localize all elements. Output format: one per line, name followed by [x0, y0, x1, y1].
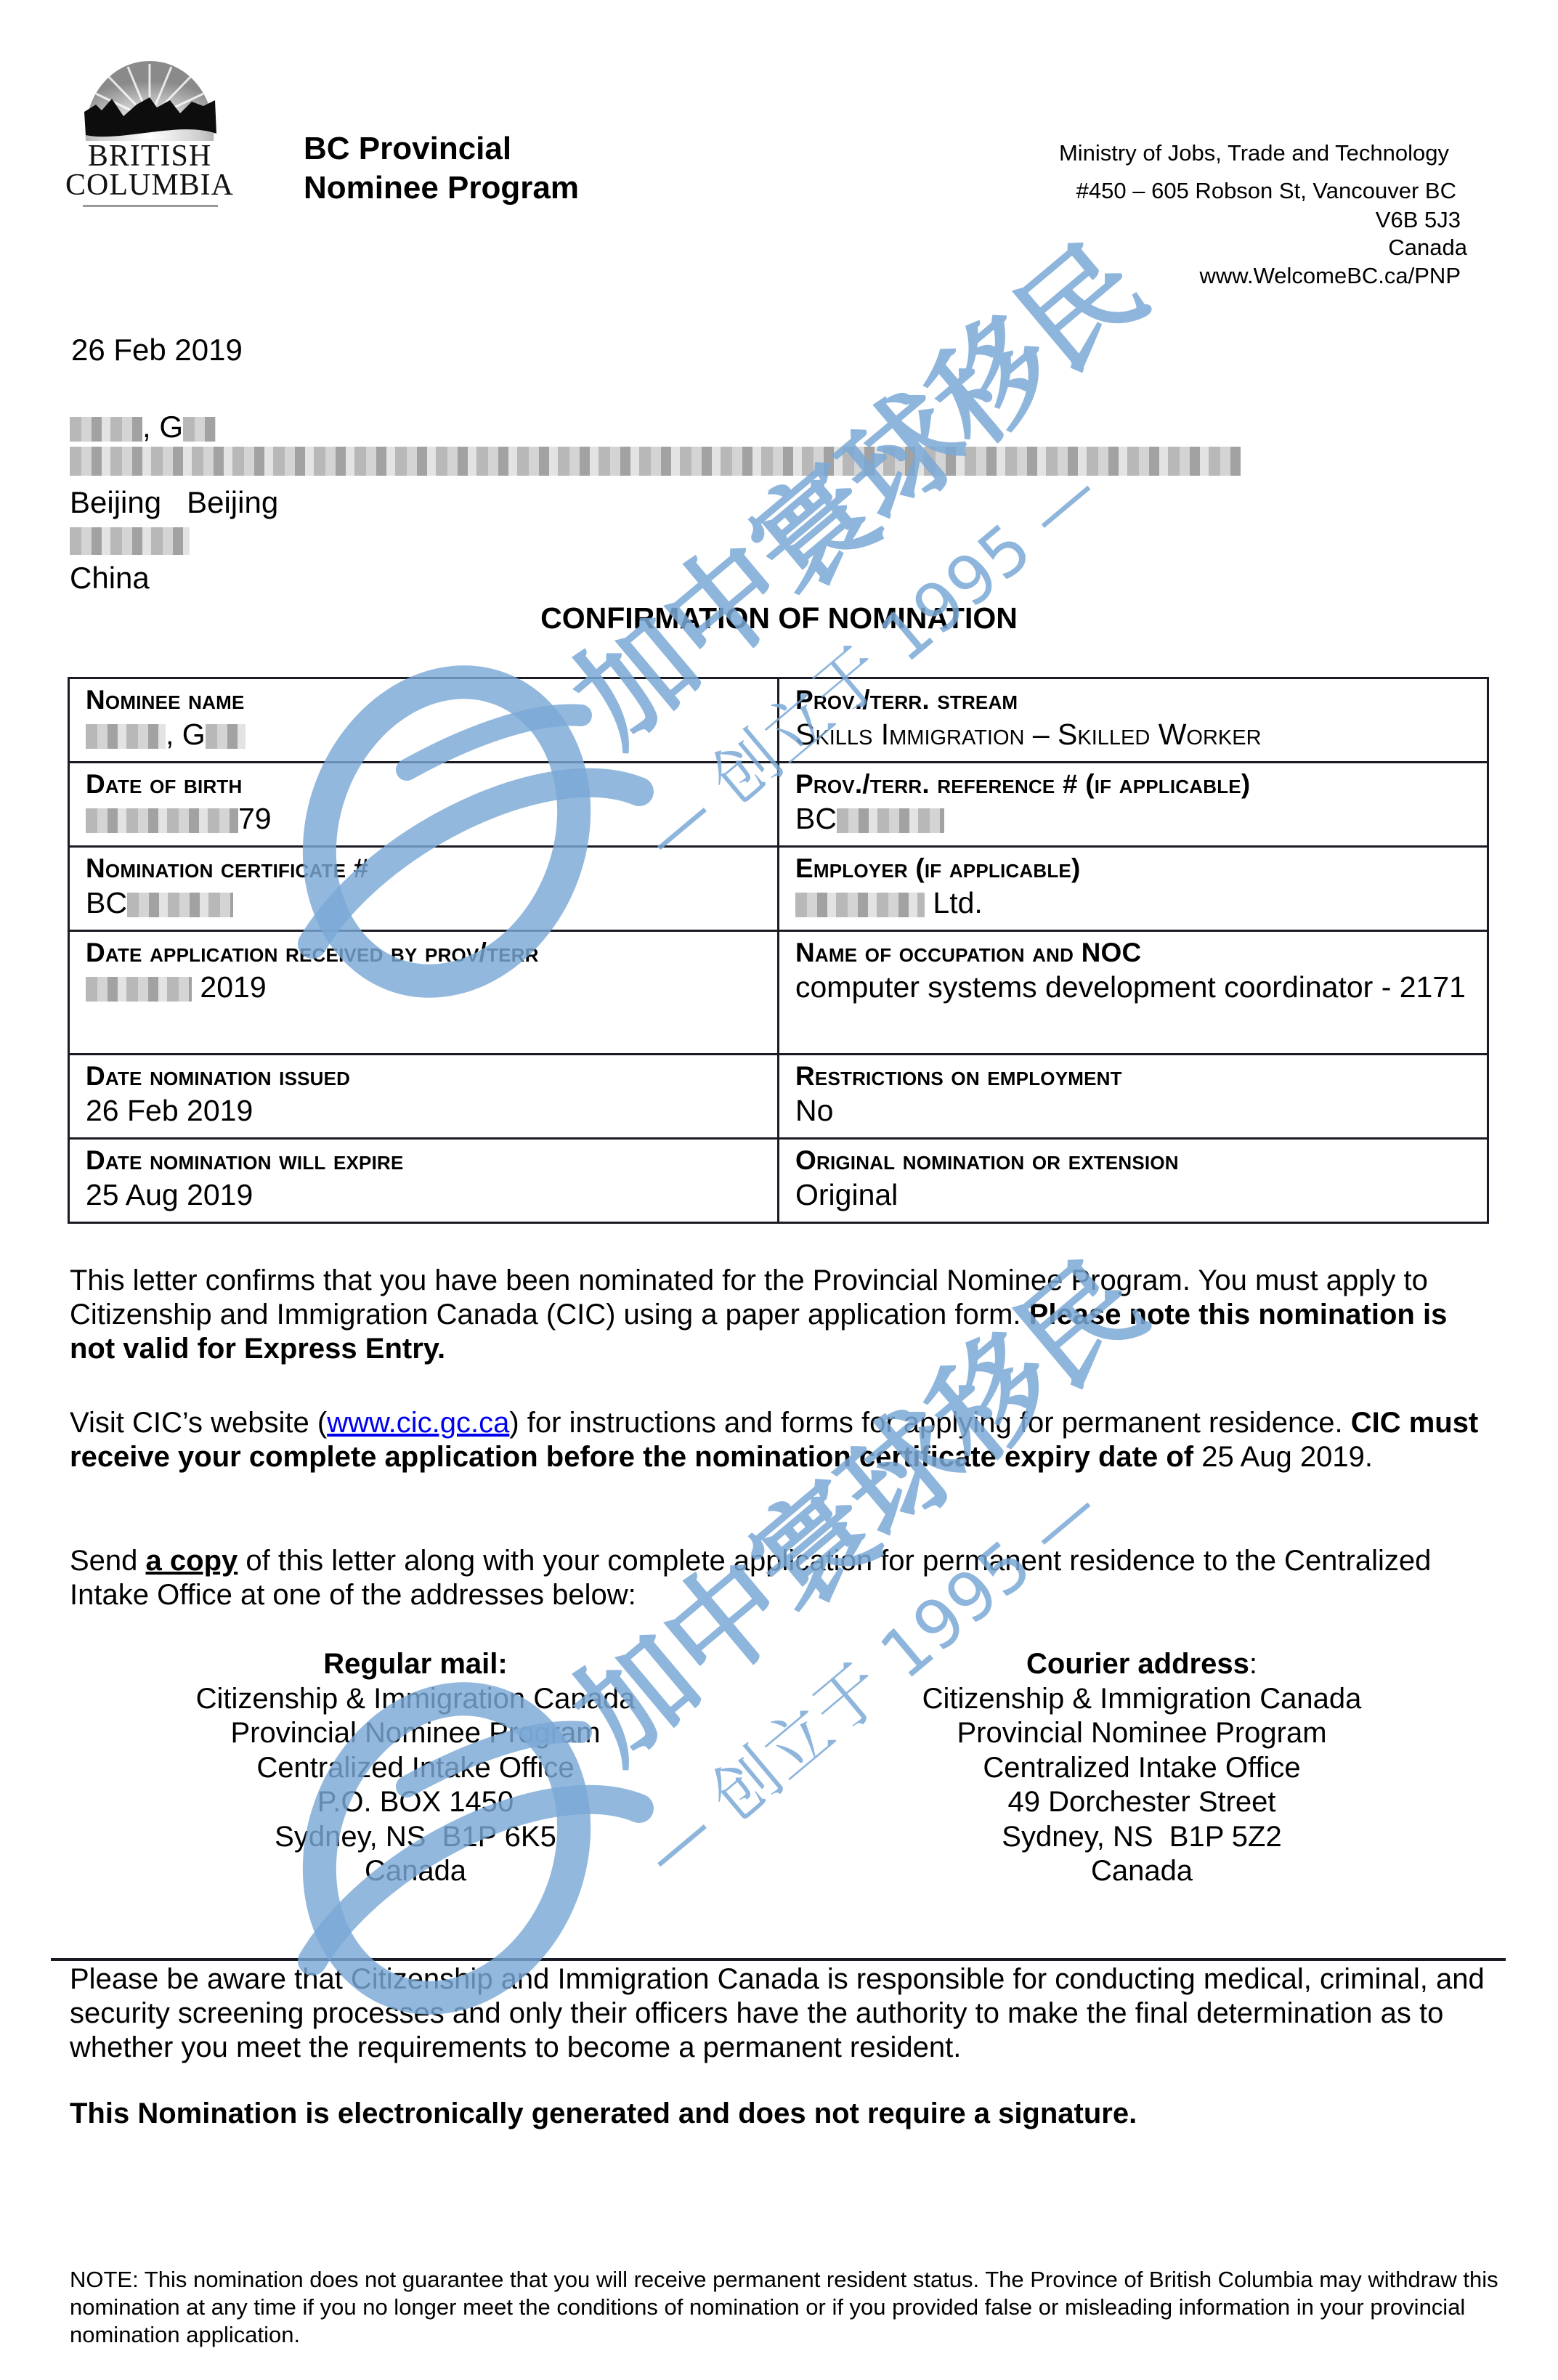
- table-row: Date nomination issued 26 Feb 2019 Restr…: [69, 1055, 1488, 1139]
- logo-text-columbia: COLUMBIA: [64, 170, 235, 200]
- ministry-postal-code: V6B 5J3: [1376, 206, 1461, 234]
- logo-underline: [83, 205, 218, 207]
- table-row: Date application received by prov/terr 2…: [69, 931, 1488, 1055]
- cell-nominee-name: Nominee name , G: [69, 678, 779, 763]
- cell-restrictions: Restrictions on employment No: [779, 1055, 1488, 1139]
- paragraph-send-copy: Send a copy of this letter along with yo…: [70, 1544, 1493, 1612]
- cell-reference-number: Prov./terr. reference # (if applicable) …: [779, 763, 1488, 847]
- recipient-country: China: [70, 559, 150, 597]
- paragraph-confirmation: This letter confirms that you have been …: [70, 1264, 1493, 1366]
- table-row: Nominee name , G Prov./terr. stream Skil…: [69, 678, 1488, 763]
- cell-expiry-date: Date nomination will expire 25 Aug 2019: [69, 1139, 779, 1223]
- cell-date-of-birth: Date of birth 79: [69, 763, 779, 847]
- cell-occupation-noc: Name of occupation and NOC computer syst…: [779, 931, 1488, 1055]
- table-row: Date nomination will expire 25 Aug 2019 …: [69, 1139, 1488, 1223]
- redacted-given-name: [183, 417, 216, 442]
- address-line: Provincial Nominee Program: [89, 1716, 742, 1751]
- program-title-line1: BC Provincial: [304, 129, 511, 168]
- ministry-website[interactable]: www.WelcomeBC.ca/PNP: [1200, 262, 1461, 290]
- bc-sunset-mountain-logo-icon: [64, 54, 235, 145]
- ministry-country: Canada: [1388, 234, 1467, 261]
- cell-original-or-extension: Original nomination or extension Origina…: [779, 1139, 1488, 1223]
- address-line: Sydney, NS B1P 5Z2: [815, 1820, 1469, 1855]
- regular-mail-address: Regular mail: Citizenship & Immigration …: [89, 1647, 742, 1889]
- address-line: Centralized Intake Office: [89, 1751, 742, 1786]
- courier-heading: Courier address:: [815, 1647, 1469, 1682]
- section-divider: [51, 1958, 1506, 1961]
- address-line: Sydney, NS B1P 6K5: [89, 1820, 742, 1855]
- table-row: Nomination certificate # BC Employer (if…: [69, 847, 1488, 931]
- cic-website-link[interactable]: www.cic.gc.ca: [327, 1407, 509, 1439]
- table-row: Date of birth 79 Prov./terr. reference #…: [69, 763, 1488, 847]
- logo-text-british: BRITISH: [64, 141, 235, 171]
- signature-notice: This Nomination is electronically genera…: [70, 2097, 1493, 2131]
- nomination-details-table: Nominee name , G Prov./terr. stream Skil…: [68, 677, 1489, 1224]
- courier-address: Courier address: Citizenship & Immigrati…: [815, 1647, 1469, 1889]
- document-title: CONFIRMATION OF NOMINATION: [0, 601, 1558, 635]
- address-line: Canada: [89, 1854, 742, 1889]
- ministry-address: #450 – 605 Robson St, Vancouver BC: [1076, 177, 1456, 205]
- letter-date: 26 Feb 2019: [71, 331, 243, 369]
- address-line: Citizenship & Immigration Canada: [89, 1682, 742, 1717]
- recipient-street-redacted: [70, 447, 1241, 476]
- cell-certificate-number: Nomination certificate # BC: [69, 847, 779, 931]
- address-line: P.O. BOX 1450: [89, 1785, 742, 1820]
- cell-employer: Employer (if applicable) Ltd.: [779, 847, 1488, 931]
- cell-stream: Prov./terr. stream Skills Immigration – …: [779, 678, 1488, 763]
- bc-logo: BRITISH COLUMBIA: [64, 54, 235, 210]
- paragraph-cic-website: Visit CIC’s website (www.cic.gc.ca) for …: [70, 1406, 1493, 1474]
- recipient-postal-redacted: [70, 527, 190, 555]
- address-line: Provincial Nominee Program: [815, 1716, 1469, 1751]
- regular-mail-heading: Regular mail:: [89, 1647, 742, 1682]
- cell-date-issued: Date nomination issued 26 Feb 2019: [69, 1055, 779, 1139]
- cell-date-received: Date application received by prov/terr 2…: [69, 931, 779, 1055]
- recipient-name: , G: [70, 408, 216, 446]
- program-title-line2: Nominee Program: [304, 168, 579, 208]
- footnote-note: NOTE: This nomination does not guarantee…: [70, 2266, 1501, 2349]
- address-line: 49 Dorchester Street: [815, 1785, 1469, 1820]
- address-line: Canada: [815, 1854, 1469, 1889]
- recipient-city: Beijing Beijing: [70, 484, 278, 521]
- notice-screening: Please be aware that Citizenship and Imm…: [70, 1962, 1504, 2065]
- ministry-name: Ministry of Jobs, Trade and Technology: [1059, 139, 1449, 167]
- redacted-surname: [70, 417, 142, 442]
- address-line: Citizenship & Immigration Canada: [815, 1682, 1469, 1717]
- address-line: Centralized Intake Office: [815, 1751, 1469, 1786]
